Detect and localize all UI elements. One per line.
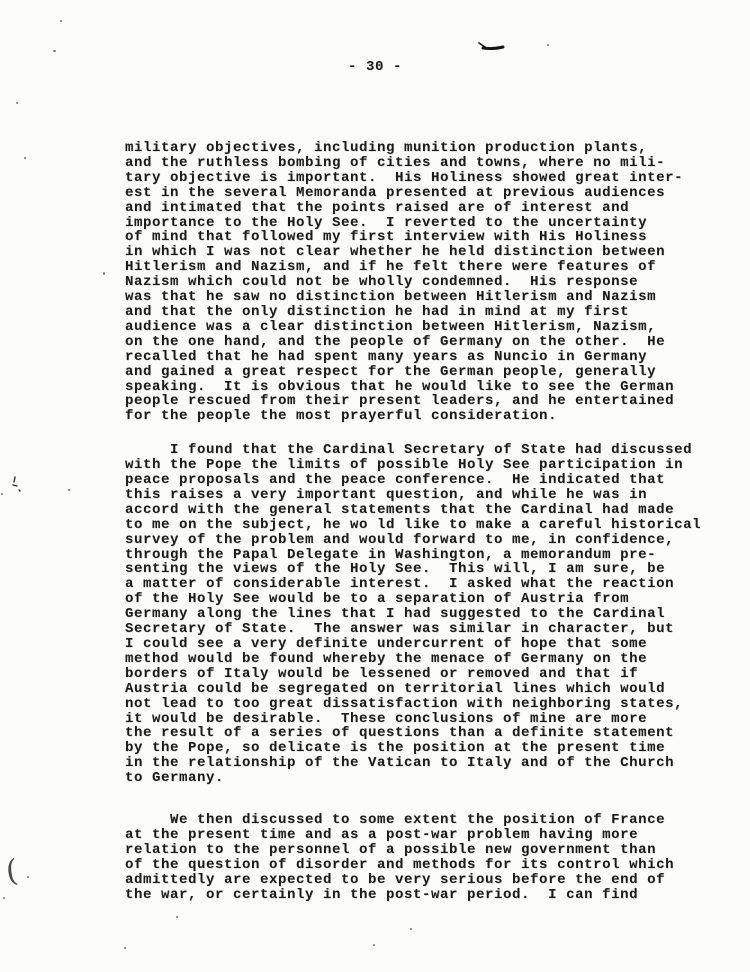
scan-speck	[53, 50, 56, 52]
paragraph-3: We then discussed to some extent the pos…	[125, 813, 715, 902]
scan-speck	[1, 493, 3, 495]
document-body: military objectives, including munition …	[125, 141, 715, 903]
margin-parenthesis-mark: (	[4, 853, 20, 889]
scan-speck	[176, 916, 178, 918]
scan-speck	[27, 876, 29, 878]
scan-speck	[3, 897, 5, 899]
page-number: - 30 -	[0, 60, 750, 75]
scan-speck	[68, 489, 70, 491]
scan-speck	[410, 928, 412, 930]
scan-speck	[16, 102, 18, 104]
scan-speck	[547, 44, 549, 46]
paragraph-2: I found that the Cardinal Secretary of S…	[125, 443, 715, 786]
scan-speck	[431, 207, 433, 209]
scan-speck	[373, 944, 375, 946]
scan-speck	[124, 947, 126, 949]
scan-speck	[24, 157, 26, 159]
handwritten-tick-mark	[478, 40, 506, 54]
margin-scribble-mark	[11, 476, 23, 496]
paragraph-1: military objectives, including munition …	[125, 141, 715, 424]
scan-speck	[60, 20, 62, 22]
scan-speck	[103, 272, 105, 275]
scanned-document-page: - 30 - military objectives, including mu…	[0, 0, 750, 972]
